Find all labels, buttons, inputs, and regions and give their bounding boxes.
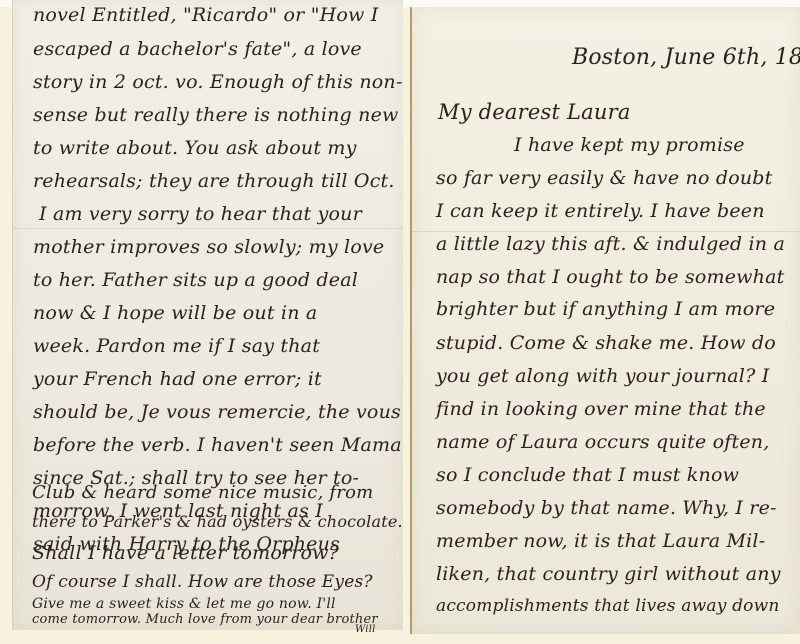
text-line: Club & heard some nice music, from (32, 482, 373, 503)
text-line: to write about. You ask about my (33, 137, 357, 159)
letter-salutation: My dearest Laura (438, 100, 631, 124)
text-line: you get along with your journal? I (436, 365, 769, 387)
text-line: I can keep it entirely. I have been (436, 200, 765, 222)
text-line: rehearsals; they are through till Oct. (33, 170, 395, 192)
text-line: member now, it is that Laura Mil- (436, 530, 765, 552)
letter-dateline: Boston, June 6th, 1866. (572, 45, 800, 70)
text-line: stupid. Come & shake me. How do (436, 332, 776, 354)
text-line: your French had one error; it (33, 368, 322, 390)
text-line: should be, Je vous remercie, the vous (33, 401, 401, 423)
text-line: nap so that I ought to be somewhat (436, 266, 784, 288)
text-line: before the verb. I haven't seen Mama (33, 434, 402, 456)
text-line: a little lazy this aft. & indulged in a (436, 233, 785, 255)
text-line: I have kept my promise (514, 134, 745, 156)
text-line: week. Pardon me if I say that (33, 335, 320, 357)
text-line: escaped a bachelor's fate", a love (33, 38, 362, 60)
text-line: sense but really there is nothing new (33, 104, 398, 126)
text-line: come tomorrow. Much love from your dear … (32, 612, 378, 627)
text-line: so I conclude that I must know (436, 464, 739, 486)
text-line: brighter but if anything I am more (436, 298, 775, 320)
text-line: novel Entitled, "Ricardo" or "How I (33, 4, 378, 26)
text-line: name of Laura occurs quite often, (436, 431, 769, 453)
text-line: story in 2 oct. vo. Enough of this non- (33, 71, 402, 93)
text-line: now & I hope will be out in a (33, 302, 317, 324)
text-line: Of course I shall. How are those Eyes? (32, 572, 373, 592)
text-line: somebody by that name. Why, I re- (436, 497, 777, 519)
text-line: find in looking over mine that the (436, 398, 766, 420)
text-line: mother improves so slowly; my love (33, 236, 384, 258)
text-line: there to Parker's & had oysters & chocol… (32, 512, 403, 531)
signature-fragment: Will (355, 624, 376, 635)
text-line: Shall I have a letter tomorrow? (32, 542, 339, 564)
letter-scan: novel Entitled, "Ricardo" or "How I esca… (0, 0, 800, 644)
text-line: to her. Father sits up a good deal (33, 269, 358, 291)
paper-fold-line (412, 231, 800, 232)
paper-fold-line (13, 228, 403, 229)
letter-page-right: Boston, June 6th, 1866. My dearest Laura… (410, 7, 800, 634)
letter-page-left: novel Entitled, "Ricardo" or "How I esca… (12, 0, 403, 630)
text-line: so far very easily & have no doubt (436, 167, 772, 189)
text-line: liken, that country girl without any (436, 563, 781, 585)
text-line: I am very sorry to hear that your (39, 203, 362, 225)
text-line: accomplishments that lives away down (436, 596, 780, 616)
text-line: Give me a sweet kiss & let me go now. I'… (32, 596, 336, 612)
